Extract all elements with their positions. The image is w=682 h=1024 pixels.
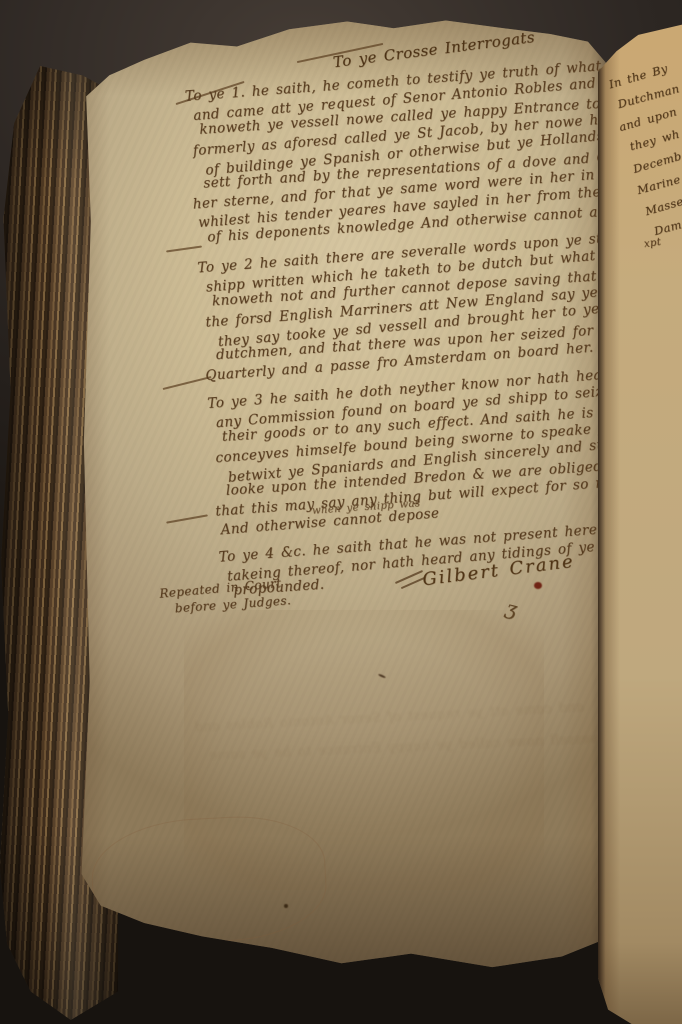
manuscript-photo: To ye Crosse Interrogats To ye 1. he sai… <box>0 0 682 1024</box>
right-page: In the By Dutchman and upon they wh Dece… <box>598 0 682 1024</box>
paragraph-1: To ye 1. he saith, he cometh to testify … <box>184 53 669 249</box>
signature-paraph: ʒ <box>503 595 520 621</box>
damp-stain <box>89 812 329 948</box>
court-note: Repeated in Court before ye Judges. <box>159 574 292 619</box>
left-page: To ye Crosse Interrogats To ye 1. he sai… <box>34 10 614 970</box>
ink-spot <box>143 935 148 940</box>
right-page-text-column: In the By Dutchman and upon they wh Dece… <box>606 56 682 244</box>
show-through-text: and came att ye request of Senor Antonio… <box>194 700 585 735</box>
margin-stroke <box>166 514 208 523</box>
margin-mark: xpt <box>643 237 662 250</box>
ink-spot <box>378 673 386 678</box>
margin-stroke <box>163 376 212 390</box>
seal-spot <box>534 582 542 589</box>
